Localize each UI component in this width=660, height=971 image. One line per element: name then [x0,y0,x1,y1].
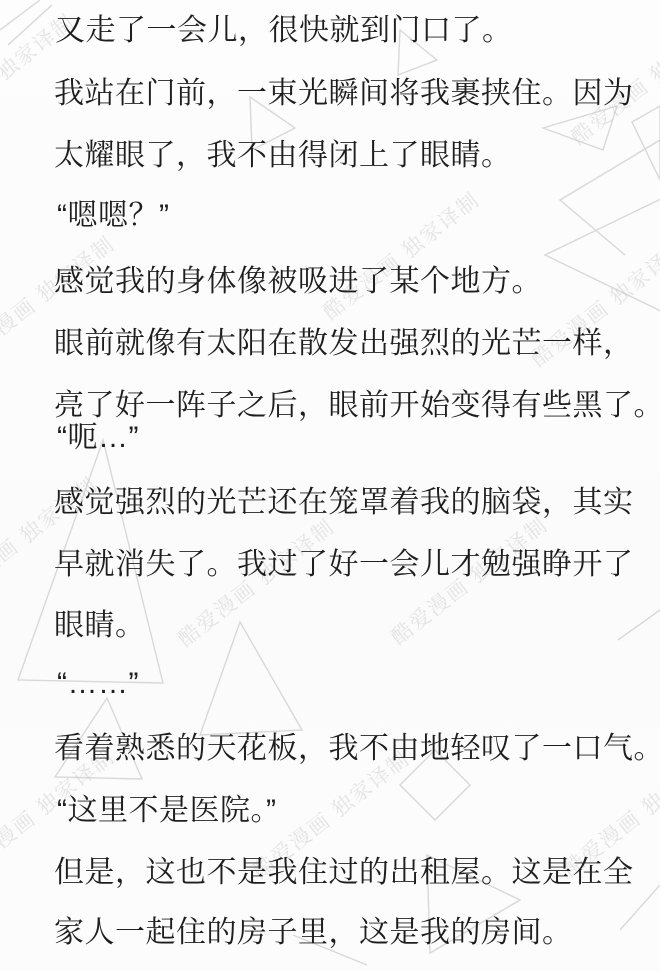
text-line: 早就消失了。我过了好一会儿才勉强睁开了 [54,549,634,581]
text-line-quote: “这里不是医院。” [57,795,276,827]
text-line: 亮了好一阵子之后，眼前开始变得有些黑了。 [54,390,660,422]
text-line: 我站在门前，一束光瞬间将我裹挟住。因为 [54,78,634,110]
text-line: 看着熟悉的天花板，我不由地轻叹了一口气。 [54,733,660,765]
text-line: 感觉我的身体像被吸进了某个地方。 [54,266,542,298]
novel-text-page: 酷爱漫画 独家译制 酷爱漫画 独家译制 酷爱漫画 独家译制 酷爱漫画 独家译制 … [0,0,660,971]
text-line: 但是，这也不是我住过的出租屋。这是在全 [54,857,634,889]
text-line: 家人一起住的房子里，这是我的房间。 [54,917,573,949]
text-line-quote: “……” [57,668,139,700]
text-line: 感觉强烈的光芒还在笼罩着我的脑袋，其实 [54,487,634,519]
text-line: 太耀眼了，我不由得闭上了眼睛。 [54,140,512,172]
novel-text-body: 又走了一会儿，很快就到门口了。 我站在门前，一束光瞬间将我裹挟住。因为 太耀眼了… [0,0,660,971]
text-line: 又走了一会儿，很快就到门口了。 [55,15,513,47]
text-line: 眼前就像有太阳在散发出强烈的光芒一样， [54,328,634,360]
text-line-quote: “嗯嗯？” [57,200,169,232]
text-line: 眼睛。 [54,610,146,642]
text-line-quote: “呃…” [57,422,139,454]
